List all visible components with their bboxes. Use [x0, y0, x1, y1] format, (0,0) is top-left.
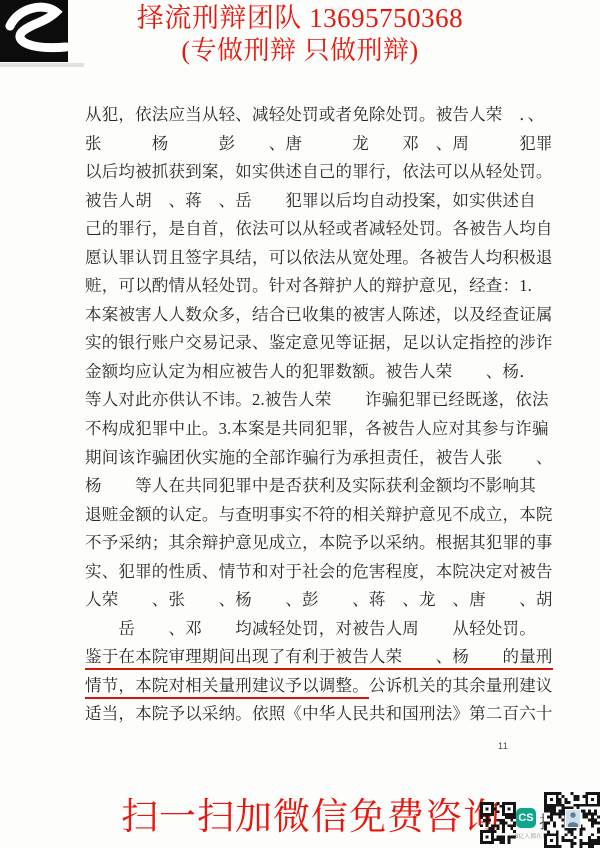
document-line: 退赃金额的认定。与查明事实不符的相关辩护意见不成立，本院 — [85, 501, 527, 530]
ad-header-line2: (专做刑辩 只做刑辩) — [0, 35, 600, 66]
document-line: 实的银行账户交易记录、鉴定意见等证据，足以认定指控的涉诈 — [85, 329, 527, 358]
document-line: 杨 等人在共同犯罪中是否获利及实际获利金额均不影响其 — [85, 472, 527, 501]
document-lines: 从犯，依法应当从轻、减轻处罚或者免除处罚。被告人荣 ．、张 杨 彭 、唐 龙 邓… — [85, 101, 527, 729]
document-line: 适当，本院予以采纳。依照《中华人民共和国刑法》第二百六十 — [85, 700, 527, 729]
document-line: 鉴于在本院审理期间出现了有利于被告人荣 、杨 的量刑 — [85, 643, 527, 672]
document-body: 从犯，依法应当从轻、减轻处罚或者免除处罚。被告人荣 ．、张 杨 彭 、唐 龙 邓… — [85, 101, 527, 729]
scanned-judgment-page: { "header": { "line1": "择流刑辩团队 136957503… — [0, 0, 600, 848]
page-number: 11 — [498, 741, 508, 751]
document-line: 从犯，依法应当从轻、减轻处罚或者免除处罚。被告人荣 ．、 — [85, 101, 527, 130]
document-line: 不予采纳；其余辩护意见成立，本院予以采纳。根据其犯罪的事 — [85, 529, 527, 558]
document-line: 本案被害人人数众多，结合已收集的被害人陈述，以及经查证属 — [85, 301, 527, 330]
document-line: 张 杨 彭 、唐 龙 邓 、周 犯罪 — [85, 130, 527, 159]
document-line: 情节，本院对相关量刑建议予以调整。公诉机关的其余量刑建议 — [85, 672, 527, 701]
document-line: 实、犯罪的性质、情节和对于社会的危害程度，本院决定对被告 — [85, 558, 527, 587]
document-line: 被告人胡 、蒋 、岳 犯罪以后均自动投案，如实供述自 — [85, 187, 527, 216]
document-line: 以后均被抓获到案，如实供述自己的罪行，依法可以从轻处罚。 — [85, 158, 527, 187]
document-line: 岳 、邓 均减轻处罚，对被告人周 从轻处罚。 — [85, 615, 527, 644]
document-line: 己的罪行，是自首，依法可以从轻或者减轻处罚。各被告人均自 — [85, 215, 527, 244]
camscanner-logo-icon: CS — [516, 808, 536, 828]
document-line: 愿认罪认罚且签字具结，可以依法从宽处理。各被告人均积极退 — [85, 244, 527, 273]
document-line: 人荣 、张 、杨 、彭 、蒋 、龙 、唐 、胡 — [85, 586, 527, 615]
small-qr-code-icon — [480, 802, 516, 844]
document-line: 期间该诈骗团伙实施的全部诈骗行为承担责任，被告人张 、 — [85, 444, 527, 473]
document-line: 等人对此亦供认不讳。2.被告人荣 诈骗犯罪已经既遂，依法 — [85, 386, 527, 415]
document-line: 赃，可以酌情从轻处罚。针对各辩护人的辩护意见，经查：1. — [85, 272, 527, 301]
ad-header: 择流刑辩团队 13695750368 (专做刑辩 只做刑辩) — [0, 2, 600, 66]
footer-ad-text: 扫一扫加微信免费咨询 — [121, 795, 501, 841]
document-line: 不构成犯罪中止。3.本案是共同犯罪，各被告人应对其参与诈骗 — [85, 415, 527, 444]
ad-header-line1: 择流刑辩团队 13695750368 — [0, 2, 600, 35]
qr-center-avatar — [565, 809, 581, 828]
document-line: 金额均应认定为相应被告人的犯罪数额。被告人荣 、杨． — [85, 358, 527, 387]
